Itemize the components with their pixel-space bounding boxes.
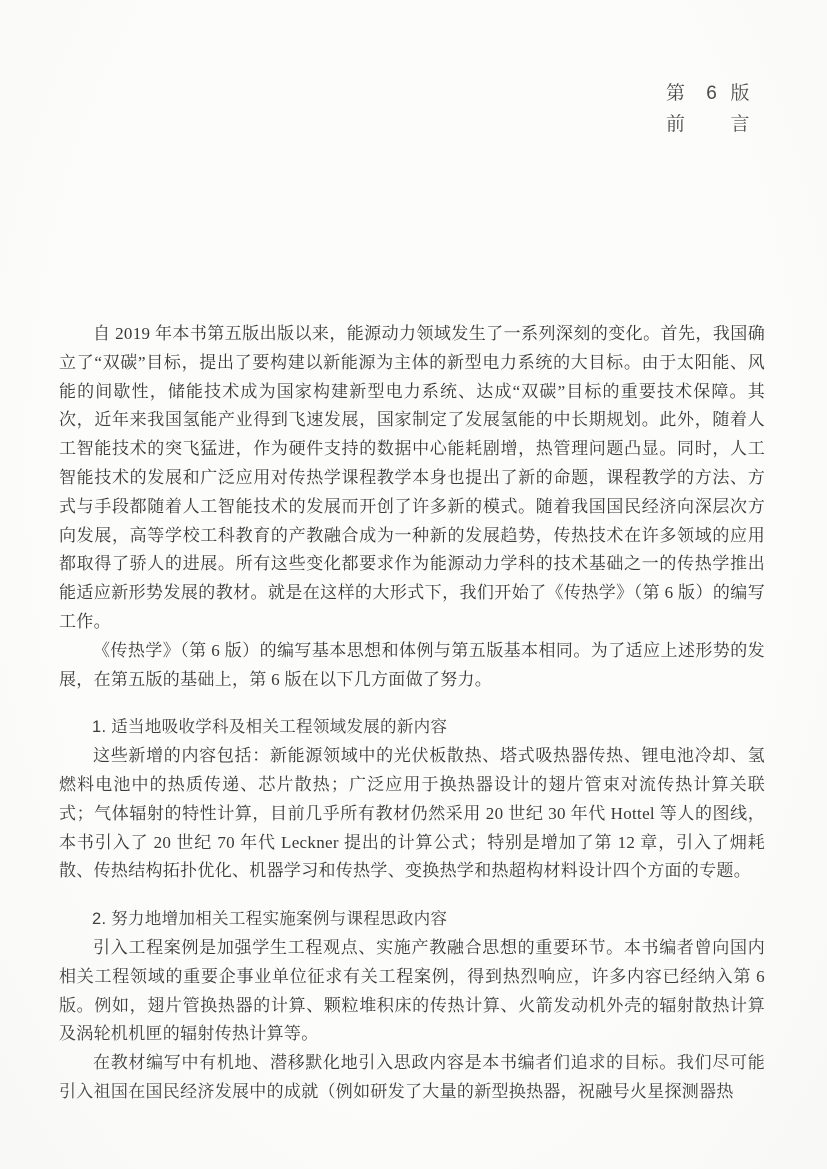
paragraph: 这些新增的内容包括：新能源领域中的光伏板散热、塔式吸热器传热、锂电池冷却、氢燃料… [59,742,765,886]
preface-page: 第 6 版 前 言 自 2019 年本书第五版出版以来，能源动力领域发生了一系列… [0,0,827,1169]
section-heading: 2. 努力地增加相关工程实施案例与课程思政内容 [59,905,765,934]
paragraph: 在教材编写中有机地、潜移默化地引入思政内容是本书编者们追求的目标。我们尽可能引入… [59,1049,765,1107]
paragraph: 《传热学》（第 6 版）的编写基本思想和体例与第五版基本相同。为了适应上述形势的… [59,637,765,695]
edition-label: 第 6 版 [666,78,750,109]
section-heading: 1. 适当地吸收学科及相关工程领域发展的新内容 [59,713,765,742]
page-header: 第 6 版 前 言 [666,78,750,140]
paragraph: 自 2019 年本书第五版出版以来，能源动力领域发生了一系列深刻的变化。首先，我… [59,320,765,637]
paragraph: 引入工程案例是加强学生工程观点、实施产教融合思想的重要环节。本书编者曾向国内相关… [59,934,765,1049]
preface-title: 前 言 [666,109,750,140]
preface-body: 自 2019 年本书第五版出版以来，能源动力领域发生了一系列深刻的变化。首先，我… [59,320,765,1107]
